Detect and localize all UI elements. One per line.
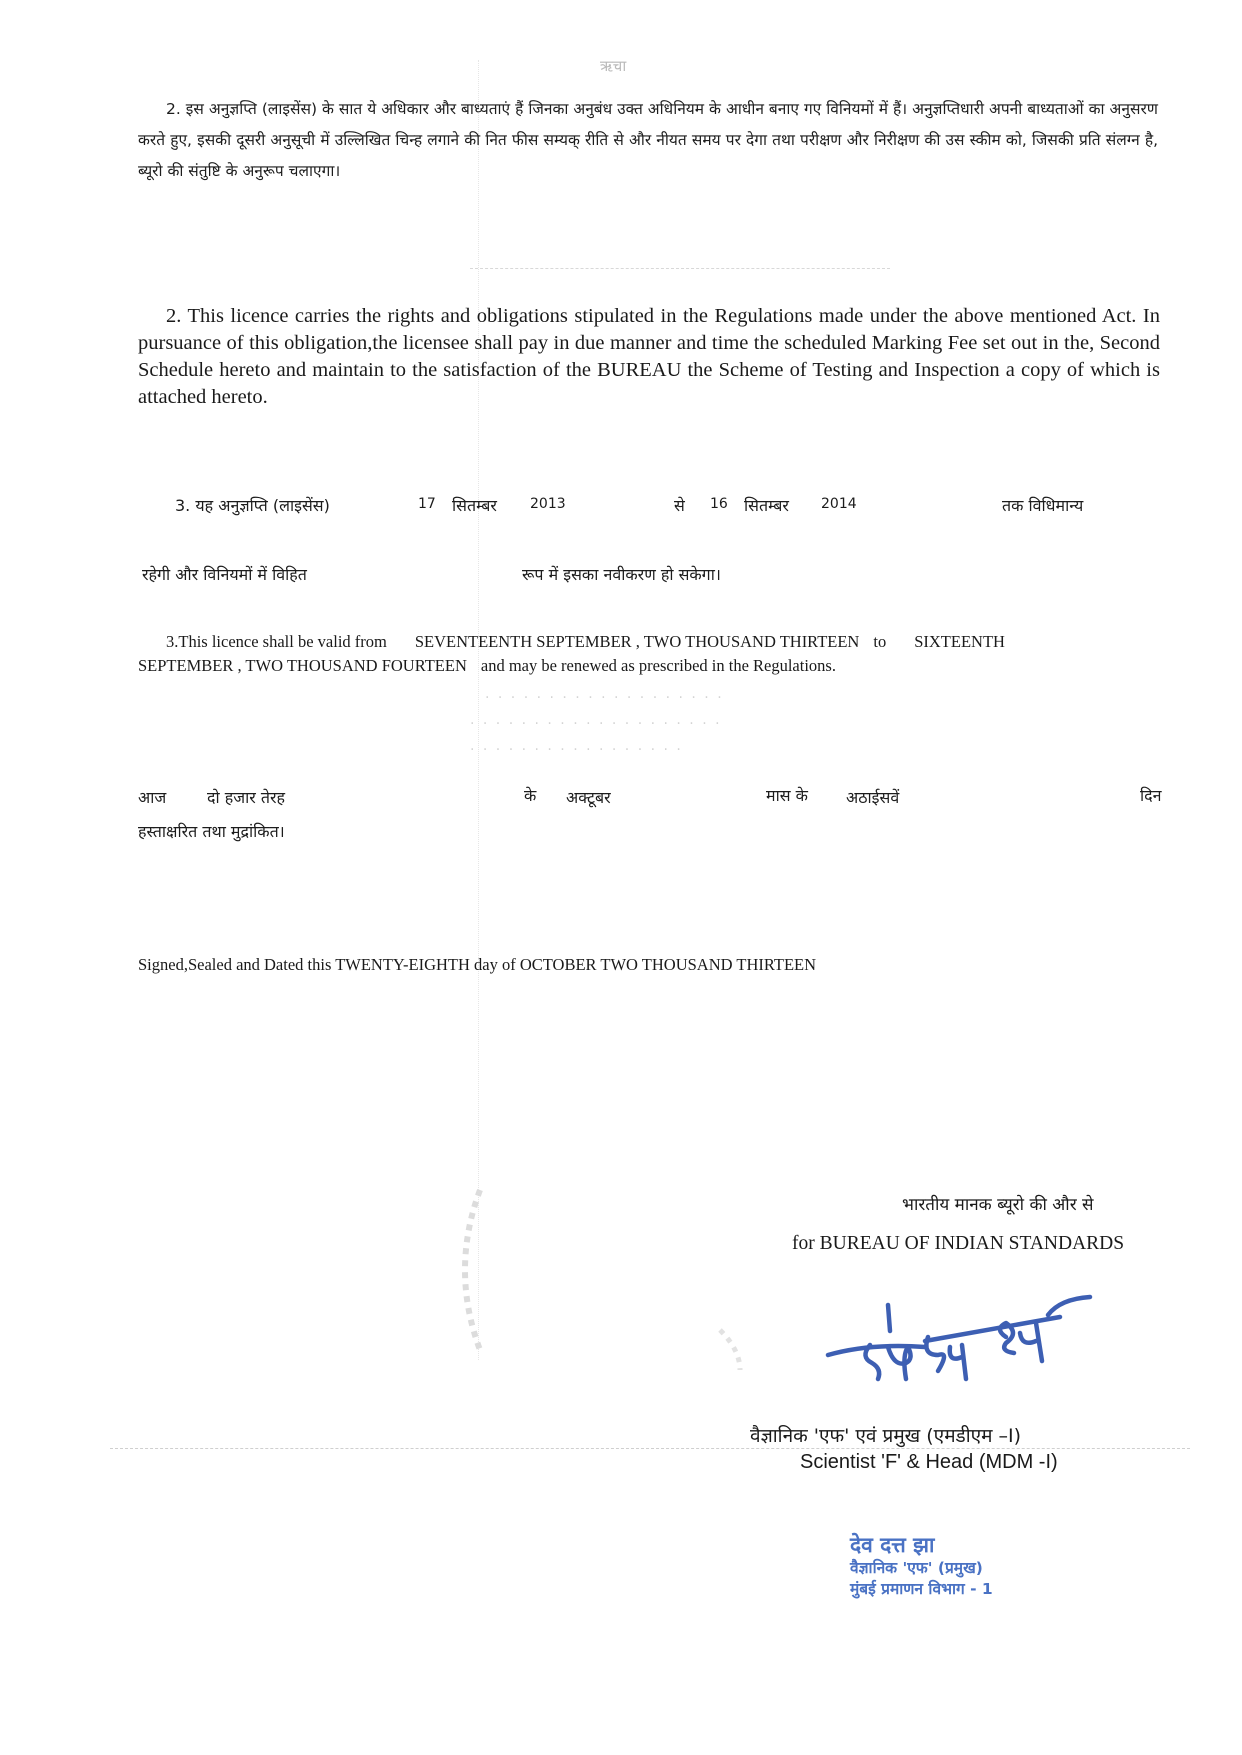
bleed-through-text: · · · · · · · · · · · · · · · · ·	[470, 742, 683, 758]
para3-to: to	[873, 632, 886, 651]
para3-hindi-prefix: 3. यह अनुज्ञप्ति (लाइसेंस)	[175, 494, 330, 516]
designation-english: Scientist 'F' & Head (MDM -I)	[800, 1451, 1058, 1474]
handwritten-signature	[810, 1285, 1150, 1395]
signing-hindi-line2: हस्ताक्षरित तथा मुद्रांकित।	[138, 820, 285, 842]
signing-din: दिन	[1140, 784, 1162, 806]
signature-divider-line	[110, 1448, 1190, 1449]
para3-suffix-english: and may be renewed as prescribed in the …	[481, 656, 836, 675]
para3-english: 3.This licence shall be valid fromSEVENT…	[138, 630, 1198, 678]
para3-se: से	[674, 494, 685, 516]
top-faint-mark: ऋचा	[600, 56, 626, 76]
faint-seal-impression	[440, 1170, 760, 1370]
designation-hindi: वैज्ञानिक 'एफ' एवं प्रमुख (एमडीएम –I)	[750, 1422, 1021, 1448]
valid-from-month: सितम्बर	[452, 494, 497, 516]
licence-page: ऋचा 2. इस अनुज्ञप्ति (लाइसेंस) के सात ये…	[0, 0, 1242, 1755]
signing-month: अक्टूबर	[566, 786, 611, 808]
signing-ke: के	[524, 784, 536, 806]
para3-prefix: 3.This licence shall be valid from	[166, 632, 387, 651]
signing-aaj: आज	[138, 786, 166, 808]
on-behalf-english: for BUREAU OF INDIAN STANDARDS	[792, 1233, 1124, 1255]
valid-from-year: 2013	[530, 496, 566, 512]
para3-suffix: तक विधिमान्य	[1002, 494, 1083, 516]
para3-english-line2: SEPTEMBER , TWO THOUSAND FOURTEENand may…	[138, 654, 1198, 678]
valid-to-date-words-1: SIXTEENTH	[914, 632, 1005, 651]
valid-to-month: सितम्बर	[744, 494, 789, 516]
stamp-title: वैज्ञानिक 'एफ' (प्रमुख)	[850, 1558, 993, 1579]
bleed-through-text: · · · · · · · · · · · · · · · · · · ·	[485, 690, 724, 706]
para3-hindi-line2-part2: रूप में इसका नवीकरण हो सकेगा।	[522, 563, 721, 585]
official-stamp: देव दत्त झा वैज्ञानिक 'एफ' (प्रमुख) मुंब…	[850, 1532, 993, 1600]
signing-day-words: अठाईसवें	[846, 786, 899, 808]
para3-english-line1: 3.This licence shall be valid fromSEVENT…	[138, 630, 1198, 654]
valid-to-day: 16	[710, 496, 728, 512]
paper-fold-mark	[478, 60, 479, 1360]
para2-english: 2. This licence carries the rights and o…	[138, 303, 1160, 411]
para2-hindi: 2. इस अनुज्ञप्ति (लाइसेंस) के सात ये अधि…	[138, 94, 1158, 187]
signing-maas-ke: मास के	[766, 784, 808, 806]
valid-from-day: 17	[418, 496, 436, 512]
para3-hindi-line2-part1: रहेगी और विनियमों में विहित	[142, 563, 307, 585]
valid-to-date-words-2: SEPTEMBER , TWO THOUSAND FOURTEEN	[138, 656, 467, 675]
faint-divider	[470, 268, 890, 269]
bleed-through-text: · · · · · · · · · · · · · · · · · · · ·	[470, 716, 722, 732]
signing-year-words: दो हजार तेरह	[207, 786, 285, 808]
stamp-name: देव दत्त झा	[850, 1532, 993, 1558]
signing-english: Signed,Sealed and Dated this TWENTY-EIGH…	[138, 955, 816, 975]
valid-from-date-words: SEVENTEENTH SEPTEMBER , TWO THOUSAND THI…	[415, 632, 860, 651]
stamp-office: मुंबई प्रमाणन विभाग - 1	[850, 1579, 993, 1600]
on-behalf-hindi: भारतीय मानक ब्यूरो की और से	[902, 1192, 1094, 1215]
valid-to-year: 2014	[821, 496, 857, 512]
